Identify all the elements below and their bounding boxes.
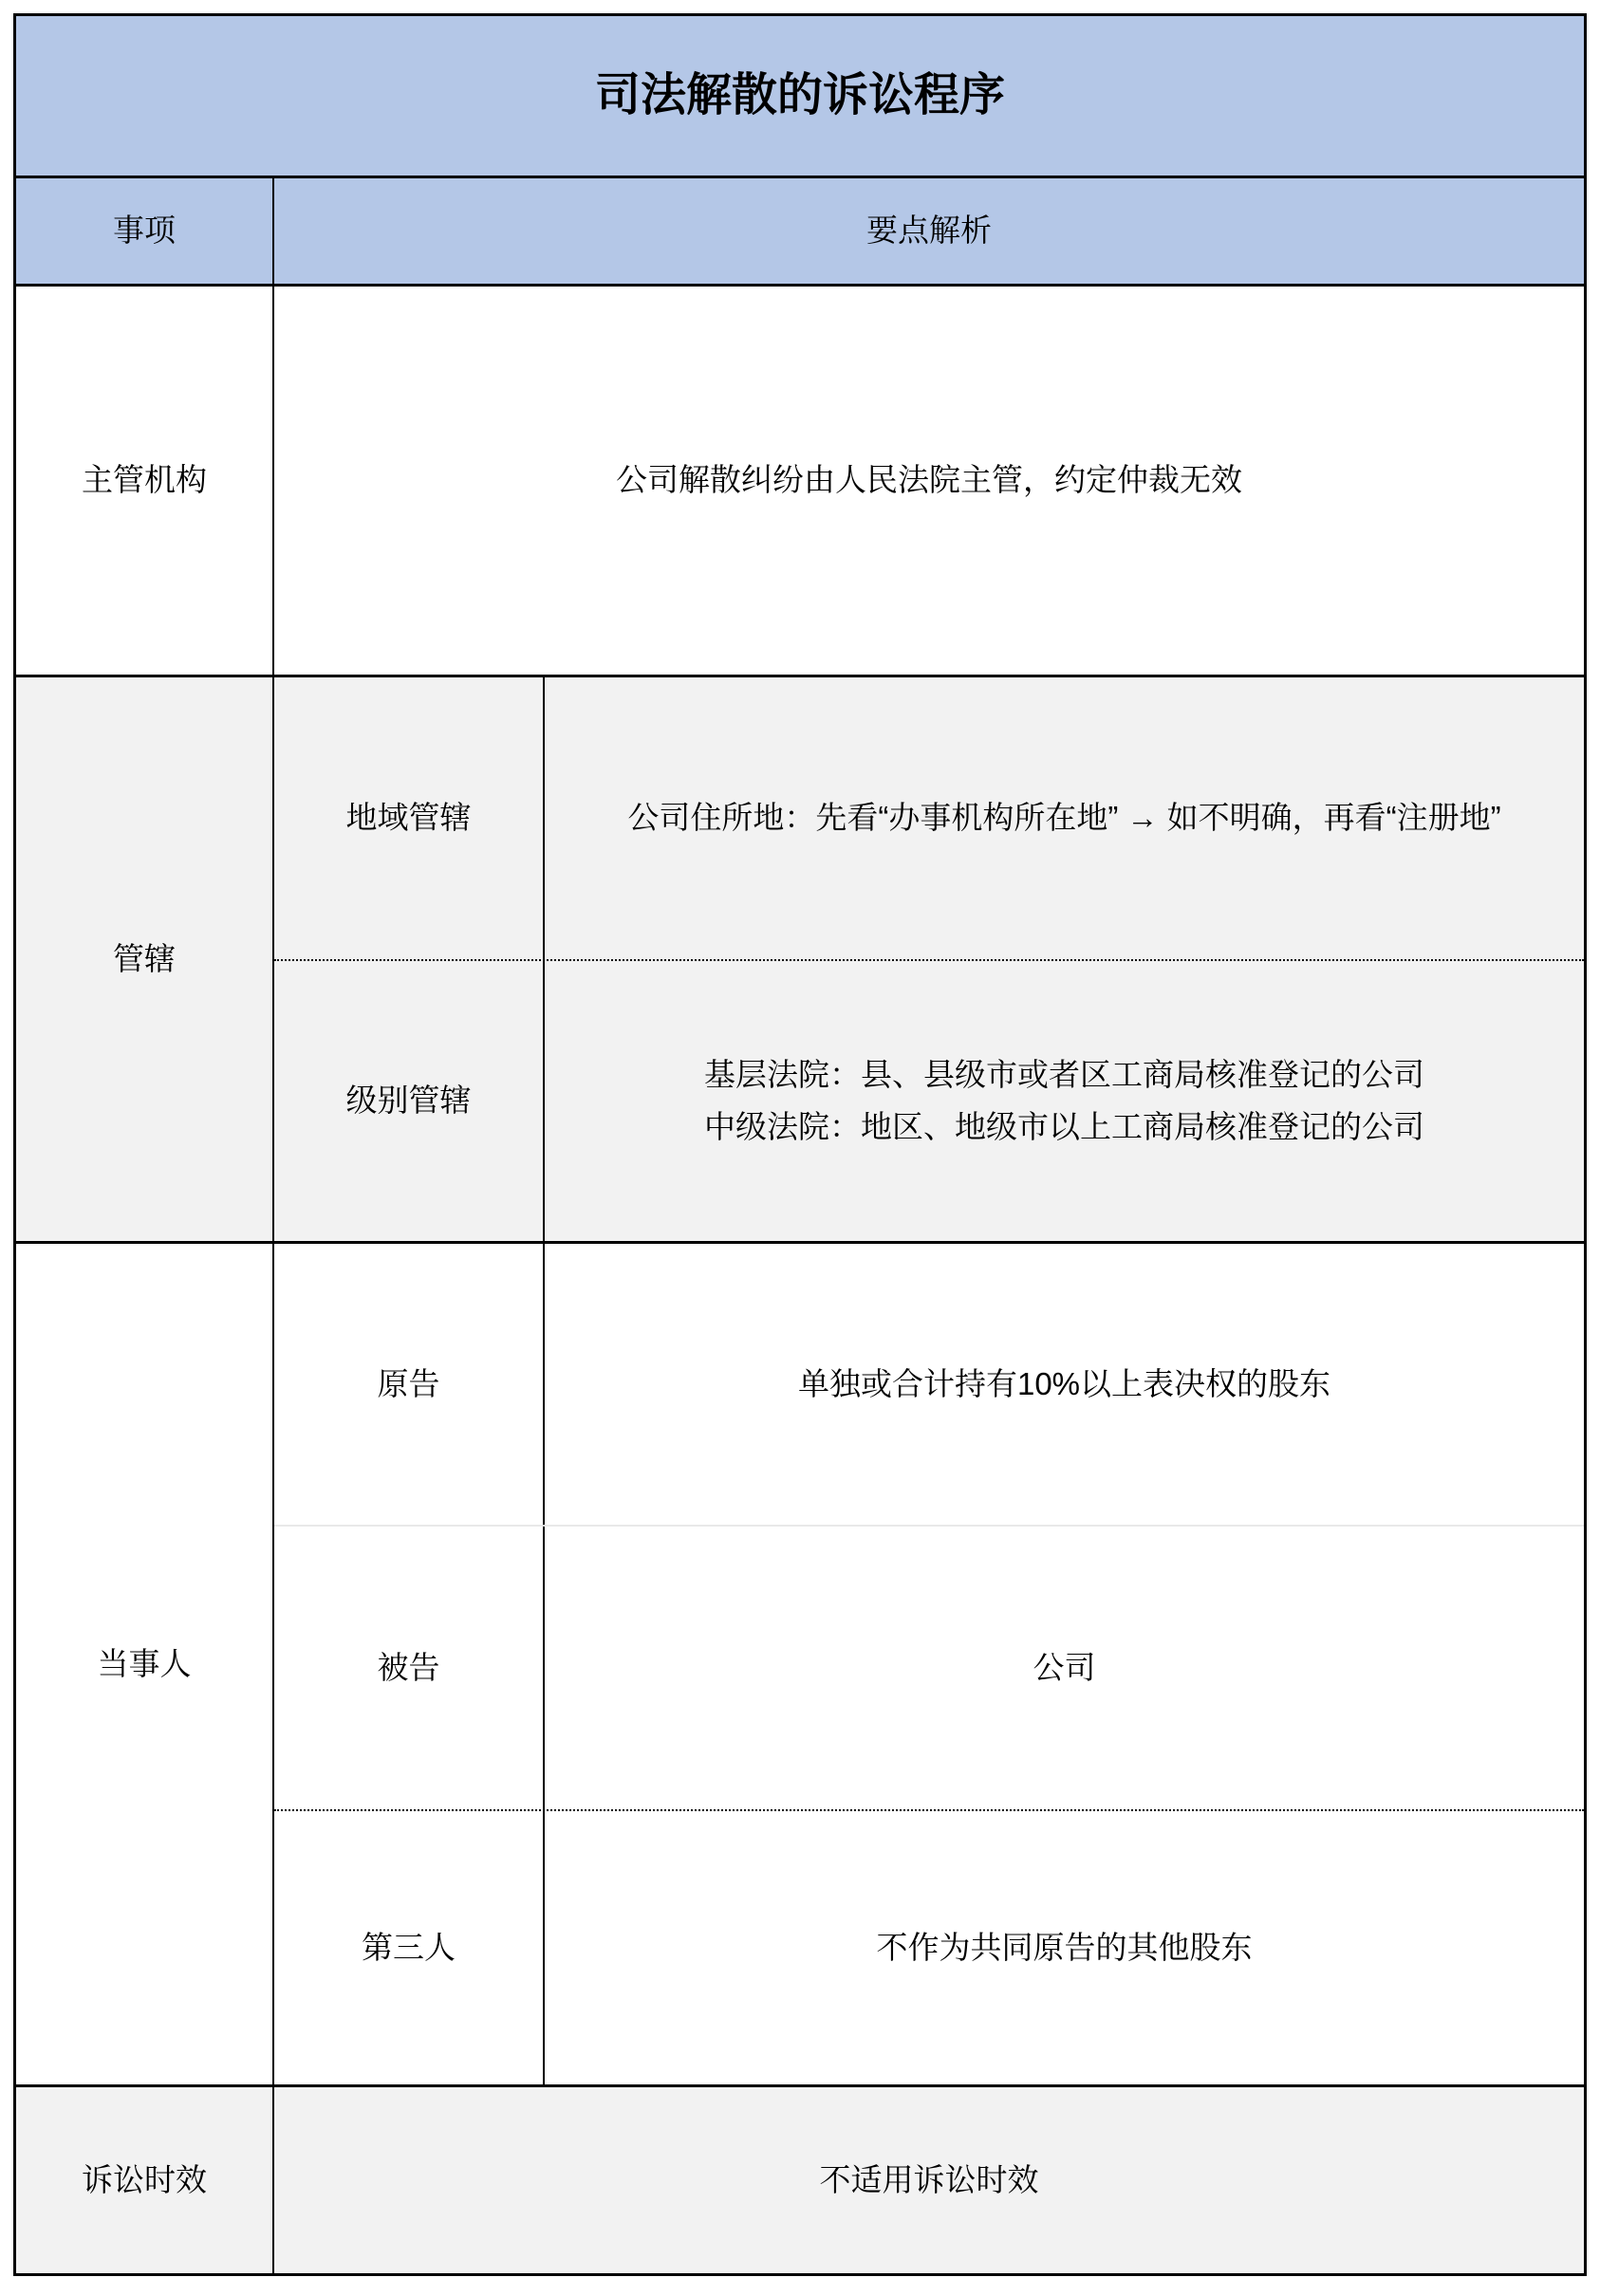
level-jurisdiction-content: 基层法院：县、县级市或者区工商局核准登记的公司 中级法院：地区、地级市以上工商局… [545, 961, 1584, 1241]
section-jurisdiction-row: 管辖 地域管辖 公司住所地：先看“办事机构所在地” → 如不明确，再看“注册地”… [16, 677, 1584, 1244]
header-cell-item: 事项 [16, 178, 274, 284]
section-limitation-label: 诉讼时效 [16, 2087, 274, 2273]
subrow-defendant: 被告 公司 [274, 1527, 1584, 1811]
table-title: 司法解散的诉讼程序 [16, 16, 1584, 176]
defendant-label: 被告 [274, 1527, 545, 1809]
section-authority-label: 主管机构 [16, 287, 274, 675]
section-jurisdiction-subrows: 地域管辖 公司住所地：先看“办事机构所在地” → 如不明确，再看“注册地” 级别… [274, 677, 1584, 1241]
territorial-jurisdiction-content: 公司住所地：先看“办事机构所在地” → 如不明确，再看“注册地” [545, 677, 1584, 959]
level-jurisdiction-line-intermediate: 中级法院：地区、地级市以上工商局核准登记的公司 [704, 1102, 1424, 1153]
level-jurisdiction-line-basic: 基层法院：县、县级市或者区工商局核准登记的公司 [704, 1049, 1424, 1101]
subrow-third-party: 第三人 不作为共同原告的其他股东 [274, 1811, 1584, 2084]
table-title-row: 司法解散的诉讼程序 [16, 16, 1584, 178]
subrow-level-jurisdiction: 级别管辖 基层法院：县、县级市或者区工商局核准登记的公司 中级法院：地区、地级市… [274, 961, 1584, 1241]
judicial-dissolution-table: 司法解散的诉讼程序 事项 要点解析 主管机构 公司解散纠纷由人民法院主管，约定仲… [13, 13, 1587, 2276]
defendant-content: 公司 [545, 1527, 1584, 1809]
third-party-content: 不作为共同原告的其他股东 [545, 1811, 1584, 2084]
section-authority-row: 主管机构 公司解散纠纷由人民法院主管，约定仲裁无效 [16, 287, 1584, 677]
section-parties-subrows: 原告 单独或合计持有10%以上表决权的股东 被告 公司 第三人 不作为共同原告的… [274, 1244, 1584, 2084]
section-jurisdiction-label: 管辖 [16, 677, 274, 1241]
plaintiff-content: 单独或合计持有10%以上表决权的股东 [545, 1244, 1584, 1525]
subrow-territorial-jurisdiction: 地域管辖 公司住所地：先看“办事机构所在地” → 如不明确，再看“注册地” [274, 677, 1584, 961]
page: 司法解散的诉讼程序 事项 要点解析 主管机构 公司解散纠纷由人民法院主管，约定仲… [0, 0, 1600, 2296]
territorial-jurisdiction-label: 地域管辖 [274, 677, 545, 959]
section-authority-content: 公司解散纠纷由人民法院主管，约定仲裁无效 [274, 287, 1584, 675]
section-parties-row: 当事人 原告 单独或合计持有10%以上表决权的股东 被告 公司 第三人 不作为共… [16, 1244, 1584, 2087]
subrow-plaintiff: 原告 单独或合计持有10%以上表决权的股东 [274, 1244, 1584, 1527]
plaintiff-label: 原告 [274, 1244, 545, 1525]
section-parties-label: 当事人 [16, 1244, 274, 2084]
level-jurisdiction-label: 级别管辖 [274, 961, 545, 1241]
table-header-row: 事项 要点解析 [16, 178, 1584, 287]
third-party-label: 第三人 [274, 1811, 545, 2084]
section-limitation-content: 不适用诉讼时效 [274, 2087, 1584, 2273]
section-limitation-row: 诉讼时效 不适用诉讼时效 [16, 2087, 1584, 2273]
header-cell-analysis: 要点解析 [274, 178, 1584, 284]
